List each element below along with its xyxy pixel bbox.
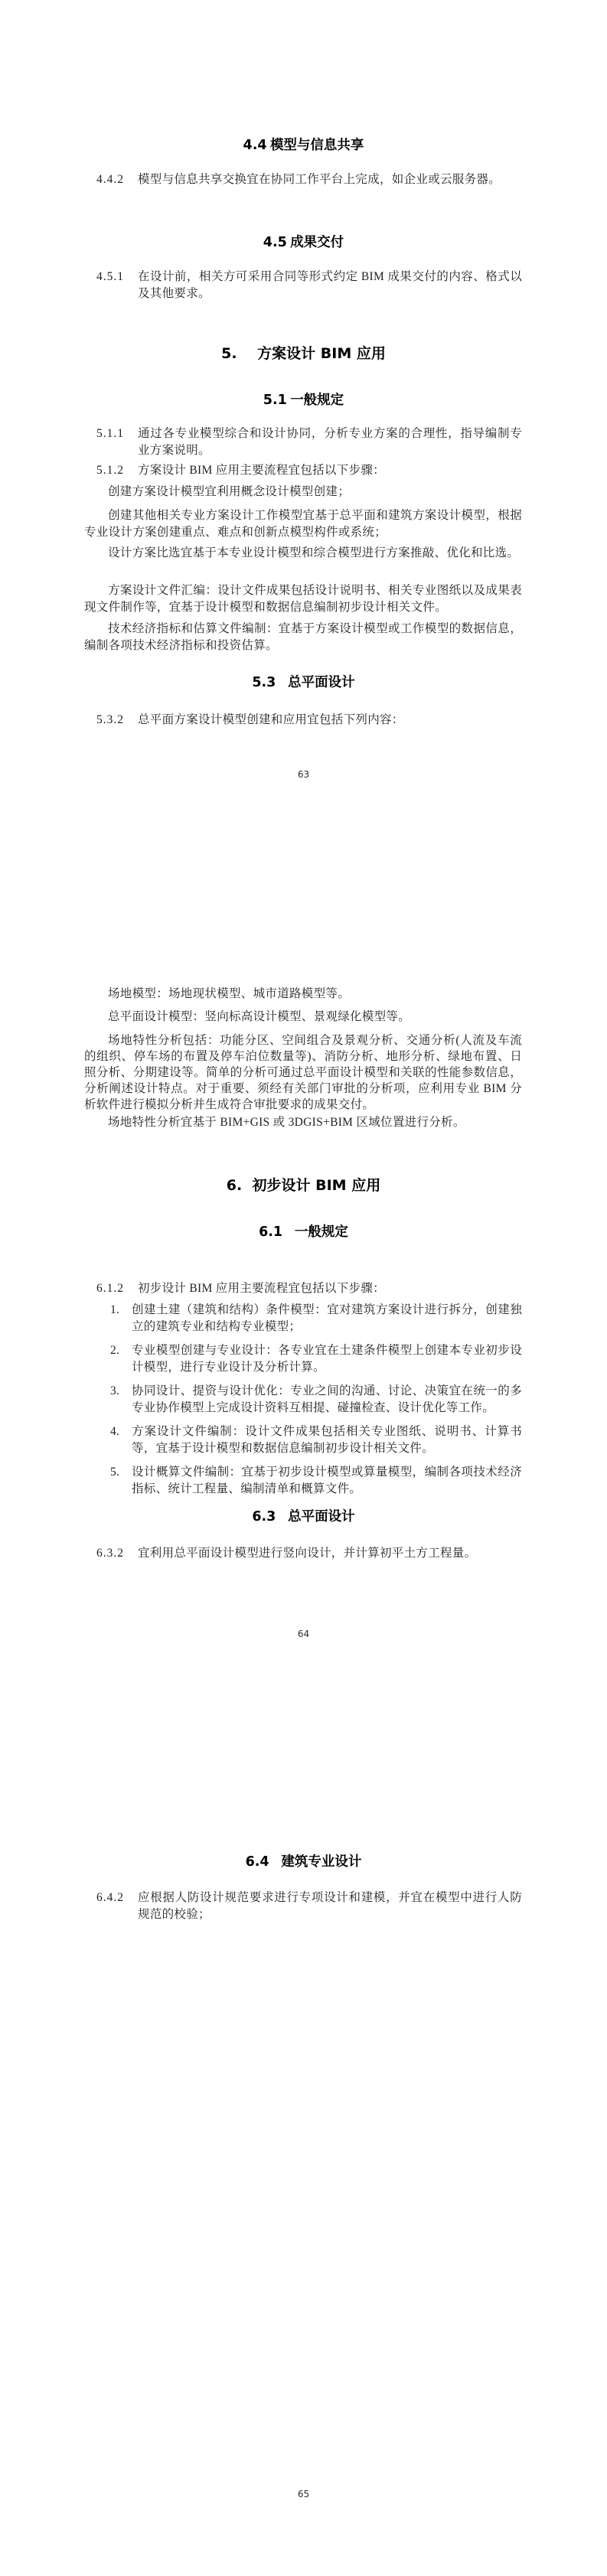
clause-6-1-2: 6.1.2 初步设计 BIM 应用主要流程宜包括以下步骤： [84,1280,522,1297]
clause-number: 4.4.2 [96,171,138,188]
list-item: 4. 方案设计文件编制：设计文件成果包括相关专业图纸、说明书、计算书等，宜基于设… [110,1423,522,1457]
paragraph: 创建方案设计模型宜利用概念设计模型创建； [84,484,522,501]
chapter-title: 方案设计 BIM 应用 [257,345,386,362]
clause-text: 模型与信息共享交换宜在协同工作平台上完成，如企业或云服务器。 [138,171,522,188]
section-number: 4.4 [243,138,267,153]
clause-5-1-2: 5.1.2 方案设计 BIM 应用主要流程宜包括以下步骤： [84,462,522,479]
clause-text: 方案设计 BIM 应用主要流程宜包括以下步骤： [138,462,522,479]
clause-text: 宜利用总平面设计模型进行竖向设计，并计算初平土方工程量。 [138,1545,522,1562]
list-item: 3. 协同设计、提资与设计优化：专业之间的沟通、讨论、决策宜在统一的多专业协作模… [110,1383,522,1417]
clause-number: 4.5.1 [96,269,138,302]
paragraph: 设计方案比选宜基于本专业设计模型和综合模型进行方案推敲、优化和比选。 [84,545,522,562]
chapter-number: 5. [221,345,237,362]
clause-5-1-1: 5.1.1 通过各专业模型综合和设计协同，分析专业方案的合理性，指导编制专业方案… [84,426,522,459]
section-number: 5.3 [252,675,276,690]
list-item-text: 协同设计、提资与设计优化：专业之间的沟通、讨论、决策宜在统一的多专业协作模型上完… [132,1383,522,1417]
clause-number: 5.1.2 [96,462,138,479]
list-item-text: 设计概算文件编制：宜基于初步设计模型或算量模型，编制各项技术经济指标、统计工程量… [132,1464,522,1498]
section-title: 一般规定 [290,393,344,408]
document: 4.4模型与信息共享 4.4.2 模型与信息共享交换宜在协同工作平台上完成，如企… [0,0,607,2576]
clause-number: 6.4.2 [96,1890,138,1923]
paragraph: 场地模型：场地现状模型、城市道路模型等。 [84,986,522,1003]
clause-text: 在设计前，相关方可采用合同等形式约定 BIM 成果交付的内容、格式以及其他要求。 [138,269,522,302]
clause-text: 总平面方案设计模型创建和应用宜包括下列内容： [138,712,522,729]
page-number: 63 [0,769,607,780]
clause-text: 应根据人防设计规范要求进行专项设计和建模，并宜在模型中进行人防规范的校验； [138,1890,522,1923]
chapter-heading-6: 6.初步设计 BIM 应用 [0,1174,607,1195]
section-number: 6.1 [259,1224,282,1240]
section-heading-5-1: 5.1一般规定 [0,390,607,409]
clause-number: 5.1.1 [96,426,138,459]
paragraph: 场地特性分析宜基于 BIM+GIS 或 3DGIS+BIM 区域位置进行分析。 [84,1114,522,1131]
section-heading-5-3: 5.3总平面设计 [0,672,607,691]
section-number: 6.4 [246,1854,269,1870]
list-item-number: 3. [110,1383,132,1417]
chapter-number: 6. [227,1177,242,1194]
paragraph: 场地特性分析包括：功能分区、空间组合及景观分析、交通分析(人流及车流的组织、停车… [84,1032,522,1113]
clause-4-5-1: 4.5.1 在设计前，相关方可采用合同等形式约定 BIM 成果交付的内容、格式以… [84,269,522,302]
list-item-number: 2. [110,1342,132,1376]
clause-4-4-2: 4.4.2 模型与信息共享交换宜在协同工作平台上完成，如企业或云服务器。 [84,171,522,188]
section-number: 4.5 [263,235,287,250]
clause-6-3-2: 6.3.2 宜利用总平面设计模型进行竖向设计，并计算初平土方工程量。 [84,1545,522,1562]
list-item: 5. 设计概算文件编制：宜基于初步设计模型或算量模型，编制各项技术经济指标、统计… [110,1464,522,1498]
section-number: 5.1 [263,393,287,408]
clause-number: 6.3.2 [96,1545,138,1562]
clause-text: 通过各专业模型综合和设计协同，分析专业方案的合理性，指导编制专业方案说明。 [138,426,522,459]
section-heading-4-5: 4.5成果交付 [0,232,607,251]
paragraph: 方案设计文件汇编：设计文件成果包括设计说明书、相关专业图纸以及成果表现文件制作等… [84,582,522,616]
clause-number: 5.3.2 [96,712,138,729]
paragraph: 技术经济指标和估算文件编制：宜基于方案设计模型或工作模型的数据信息，编制各项技术… [84,621,522,654]
step-list: 1. 创建土建（建筑和结构）条件模型：宜对建筑方案设计进行拆分，创建独立的建筑专… [84,1302,522,1505]
list-item-number: 5. [110,1464,132,1498]
section-title: 总平面设计 [288,1509,355,1524]
section-title: 总平面设计 [288,675,355,690]
paragraph: 总平面设计模型：竖向标高设计模型、景观绿化模型等。 [84,1009,522,1026]
page-number: 65 [0,2489,607,2499]
list-item-text: 专业模型创建与专业设计：各专业宜在土建条件模型上创建本专业初步设计模型，进行专业… [132,1342,522,1376]
list-item-number: 4. [110,1423,132,1457]
section-title: 成果交付 [290,235,344,250]
section-number: 6.3 [252,1509,276,1524]
page-number: 64 [0,1629,607,1639]
chapter-title: 初步设计 BIM 应用 [253,1177,381,1194]
section-heading-6-3: 6.3总平面设计 [0,1506,607,1525]
list-item-number: 1. [110,1302,132,1335]
clause-number: 6.1.2 [96,1280,138,1297]
clause-6-4-2: 6.4.2 应根据人防设计规范要求进行专项设计和建模，并宜在模型中进行人防规范的… [84,1890,522,1923]
section-title: 模型与信息共享 [270,138,364,153]
section-title: 建筑专业设计 [281,1854,361,1870]
chapter-heading-5: 5.方案设计 BIM 应用 [0,342,607,363]
clause-5-3-2: 5.3.2 总平面方案设计模型创建和应用宜包括下列内容： [84,712,522,729]
clause-text: 初步设计 BIM 应用主要流程宜包括以下步骤： [138,1280,522,1297]
list-item: 2. 专业模型创建与专业设计：各专业宜在土建条件模型上创建本专业初步设计模型，进… [110,1342,522,1376]
section-heading-6-1: 6.1一般规定 [0,1221,607,1241]
list-item-text: 创建土建（建筑和结构）条件模型：宜对建筑方案设计进行拆分，创建独立的建筑专业和结… [132,1302,522,1335]
section-heading-6-4: 6.4建筑专业设计 [0,1851,607,1870]
list-item-text: 方案设计文件编制：设计文件成果包括相关专业图纸、说明书、计算书等，宜基于设计模型… [132,1423,522,1457]
section-heading-4-4: 4.4模型与信息共享 [0,135,607,154]
section-title: 一般规定 [295,1224,348,1240]
list-item: 1. 创建土建（建筑和结构）条件模型：宜对建筑方案设计进行拆分，创建独立的建筑专… [110,1302,522,1335]
paragraph: 创建其他相关专业方案设计工作模型宜基于总平面和建筑方案设计模型，根据专业设计方案… [84,507,522,541]
